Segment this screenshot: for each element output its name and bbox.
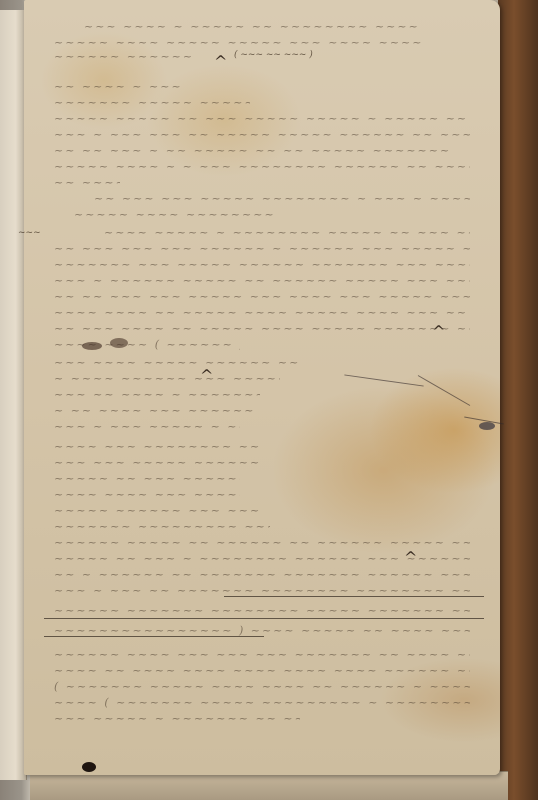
handwritten-line: ~~~~~ ~~~~~ ~~ ~~~ ~~~~~ ~~~~~ ~ ~~~~~ ~… bbox=[54, 112, 470, 125]
strikethrough-line bbox=[44, 636, 264, 637]
handwritten-line: ~~~ ~~~ ~~~~~ ~~~~~~~~ ~~ bbox=[54, 456, 260, 469]
handwritten-line: ~~ ~~ ~~~ ~~~ ~~~~~ ~~~ ~~~~ ~~~ ~~~~~ ~… bbox=[54, 290, 470, 303]
paper-crack bbox=[344, 374, 423, 386]
handwritten-line: ~~~~ ~~~~ ~~~ ~~~~~ bbox=[54, 488, 240, 501]
ink-smudge bbox=[110, 338, 128, 348]
ink-smudge bbox=[82, 342, 102, 350]
handwritten-line: ~ ~~ ~~~~ ~~~ ~~~~~~ ~~ bbox=[54, 404, 260, 417]
handwritten-line: ~~~~~ ~~~~ ~~~~~ ~~~~~ ~~~ ~~~~ ~~~~ bbox=[54, 36, 470, 49]
parenthetical-insertion: ( ~~~ ~~ ~~~ ) bbox=[234, 50, 313, 60]
handwritten-line: ~~~~ ~~ ~~~~ ~~~~ ~~~~ ~~~~ ~~~~ ~~~~~~ … bbox=[54, 664, 470, 677]
manuscript-page: ~~~ ~~~~ ~ ~~~~~ ~~ ~~~~~~~~ ~~~~ ~~~~~ … bbox=[24, 0, 500, 775]
handwritten-line: ~~~ ~~~~ ~~~~~ ~~~~~~ ~~ bbox=[54, 356, 300, 369]
margin-notation: ~~~ bbox=[18, 228, 41, 238]
insertion-caret: ^ bbox=[214, 52, 227, 71]
handwritten-line: ~~~~~~ ~~~~ ~~~ ~~~ ~~~ ~~~~~~~ ~~ ~~~~ … bbox=[54, 648, 470, 661]
handwritten-line: ~~ ~~~~ ~ ~~~~ bbox=[54, 80, 180, 93]
handwritten-line: ~~~~~~ ~~~~~~ bbox=[54, 50, 200, 63]
handwritten-line: ~~~~~ ~~~~ ~~~~~~~~ bbox=[74, 208, 280, 221]
ink-blot bbox=[82, 762, 96, 772]
handwritten-line: ~~~ ~ ~~~ ~~~ ~~ ~~~~~ ~~~~~ ~~~~~~ ~~ ~… bbox=[54, 128, 470, 141]
lower-sheet-edge bbox=[30, 771, 508, 800]
paper-crack bbox=[418, 375, 470, 406]
handwritten-line: ~~~~ ~~~~~ ~ ~~~~~~~~ ~~~~~ ~~ ~~~ ~~~~~… bbox=[104, 226, 470, 239]
handwritten-line: ~~ ~ ~~~~~~ ~~ ~~~~~~~ ~~~~~~~ ~~~~~~ ~~… bbox=[54, 568, 470, 581]
insertion-caret: ^ bbox=[432, 322, 445, 341]
strikethrough-line bbox=[224, 596, 484, 597]
handwritten-line: ( ~~~~~~~ ~~~~~ ~~~~ ~~~~ ~~ ~~~~~~ ~ ~~… bbox=[54, 680, 470, 693]
strikethrough-line bbox=[44, 618, 484, 619]
handwritten-line: ~~ ~~ ~~~ ~ ~~ ~~~~~ ~~ ~~ ~~~~~ ~~~~~~~ bbox=[54, 144, 470, 157]
handwritten-line: ~~~~~~~ ~~~~~ ~~~~~ bbox=[54, 96, 250, 109]
underlying-sheet bbox=[0, 10, 27, 780]
handwritten-line: ~~~~~~~ ~~~ ~~~~~ ~~~~~~ ~~~~~~~ ~~~ ~~~… bbox=[54, 258, 470, 271]
handwritten-line: ~~ ~~~~ bbox=[54, 176, 120, 189]
handwritten-line: ~~~~ ( ~~~~~~~ ~~~~~ ~~~~~~~~~ ~ ~~~~~~~… bbox=[54, 696, 470, 709]
ink-smudge bbox=[479, 422, 495, 430]
handwritten-line: ~~~~~ ~~~~~~ ~~~ ~~~~~ bbox=[54, 504, 260, 517]
handwritten-line: ~~~~~~ ~~~~~~~ ~~~~~~~~ ~~~~~ ~~~~~~~ ~~… bbox=[54, 604, 470, 617]
handwritten-line: ~~ ~~~ ~~~ ~~~ ~~~~~~ ~ ~~~~~~ ~~~ ~~~~~… bbox=[54, 242, 470, 255]
handwritten-line: ~~~~~ ~~ ~~~ ~ ~~~~~~~~ ~~~~~~ ~~~ ~~~~~… bbox=[54, 552, 470, 565]
handwritten-line: ~ ~~~~ ~~~~~~ ~~~ ~~~~~ bbox=[54, 372, 280, 385]
handwritten-line: ~~~ ~~~~ ~ ~~~~~ ~~ ~~~~~~~~ ~~~~ bbox=[84, 20, 470, 33]
handwritten-line: ~~ ~~~ ~~~~ ~~ ~~~~~ ~~~~ ~~~~~ ~~~~~~~ … bbox=[54, 322, 470, 335]
handwritten-line: ~~~~ ~~~~ ~~ ~~~~~ ~~~~ ~~~~~ ~~~~ ~~~ ~… bbox=[54, 306, 470, 319]
handwritten-line: ~~~~ ~~~ ~~~~~~~~ ~~ ~~~~ bbox=[54, 440, 260, 453]
handwritten-line: ~~~~~ ~~~~ ~ ~ ~~~ ~~~~~~~~ ~~~~~~ ~~ ~~… bbox=[54, 160, 470, 173]
handwritten-line: ~~~~~ ~~ ~~~ ~~~~~~~ bbox=[54, 472, 240, 485]
handwritten-line: ~~~ ~ ~~~~~~ ~~~~~ ~~ ~~~~~~ ~~~~~ ~~~ ~… bbox=[54, 274, 470, 287]
handwritten-line: ~~~ ~~~~~ ~ ~~~~~~~ ~~ ~~~~~~~ bbox=[54, 712, 300, 725]
handwritten-line: ~~~ ~ ~~~ ~~~~~ ~ ~~~ bbox=[54, 420, 240, 433]
handwritten-line: ~~ ~~~ ~~~ ~~~~~ ~~~~~~~~ ~ ~~~ ~ ~~~~ ~… bbox=[94, 192, 470, 205]
handwritten-line: ~~~ ~~ ~~~~ ~ ~~~~~~~ ~~ bbox=[54, 388, 260, 401]
handwritten-line: ~~~~~~~ ~~~~~~~~~ ~~~~~~ bbox=[54, 520, 270, 533]
wooden-table-edge bbox=[498, 0, 538, 800]
